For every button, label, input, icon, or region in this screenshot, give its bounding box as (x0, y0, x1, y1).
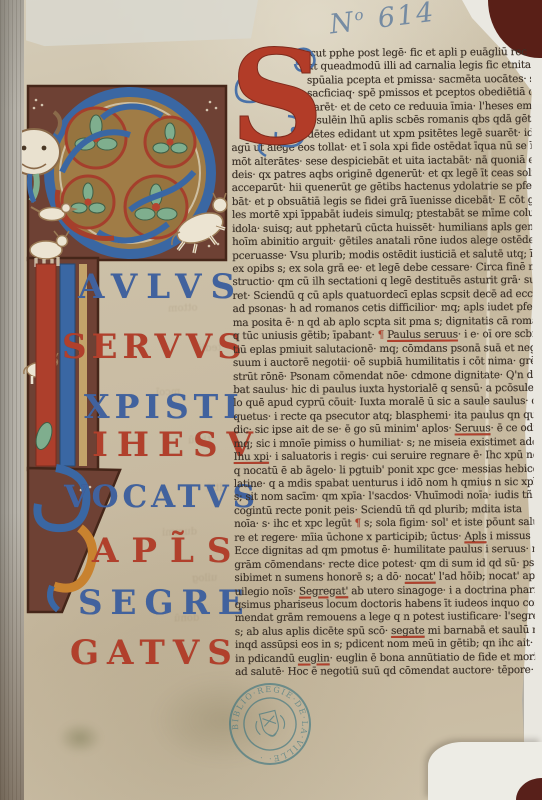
display-word: SEGRE (78, 586, 252, 620)
display-word: XPISTI (84, 390, 244, 423)
shelfmark-letter: N (328, 7, 357, 41)
shelfmark-number: 614 (376, 0, 437, 35)
display-word: SERVVS (62, 330, 247, 364)
stamp-legend: BIBLIO·REGIE·DE·LA·VILLE· · (223, 677, 318, 772)
stamp-crest (253, 709, 287, 740)
display-word: APL̃S (92, 534, 244, 568)
display-word: VOCATVS (64, 482, 259, 513)
display-words-column: AVLVSSERVVSXPISTIIHESVVOCATVSAPL̃SSEGREG… (0, 0, 242, 800)
display-word: GATVS (70, 636, 240, 670)
display-word: AVLVS (78, 270, 244, 304)
shelfmark-superscript: o (353, 5, 366, 24)
drop-cap-initial: S (226, 40, 320, 158)
drop-cap-letter: S (230, 21, 324, 174)
